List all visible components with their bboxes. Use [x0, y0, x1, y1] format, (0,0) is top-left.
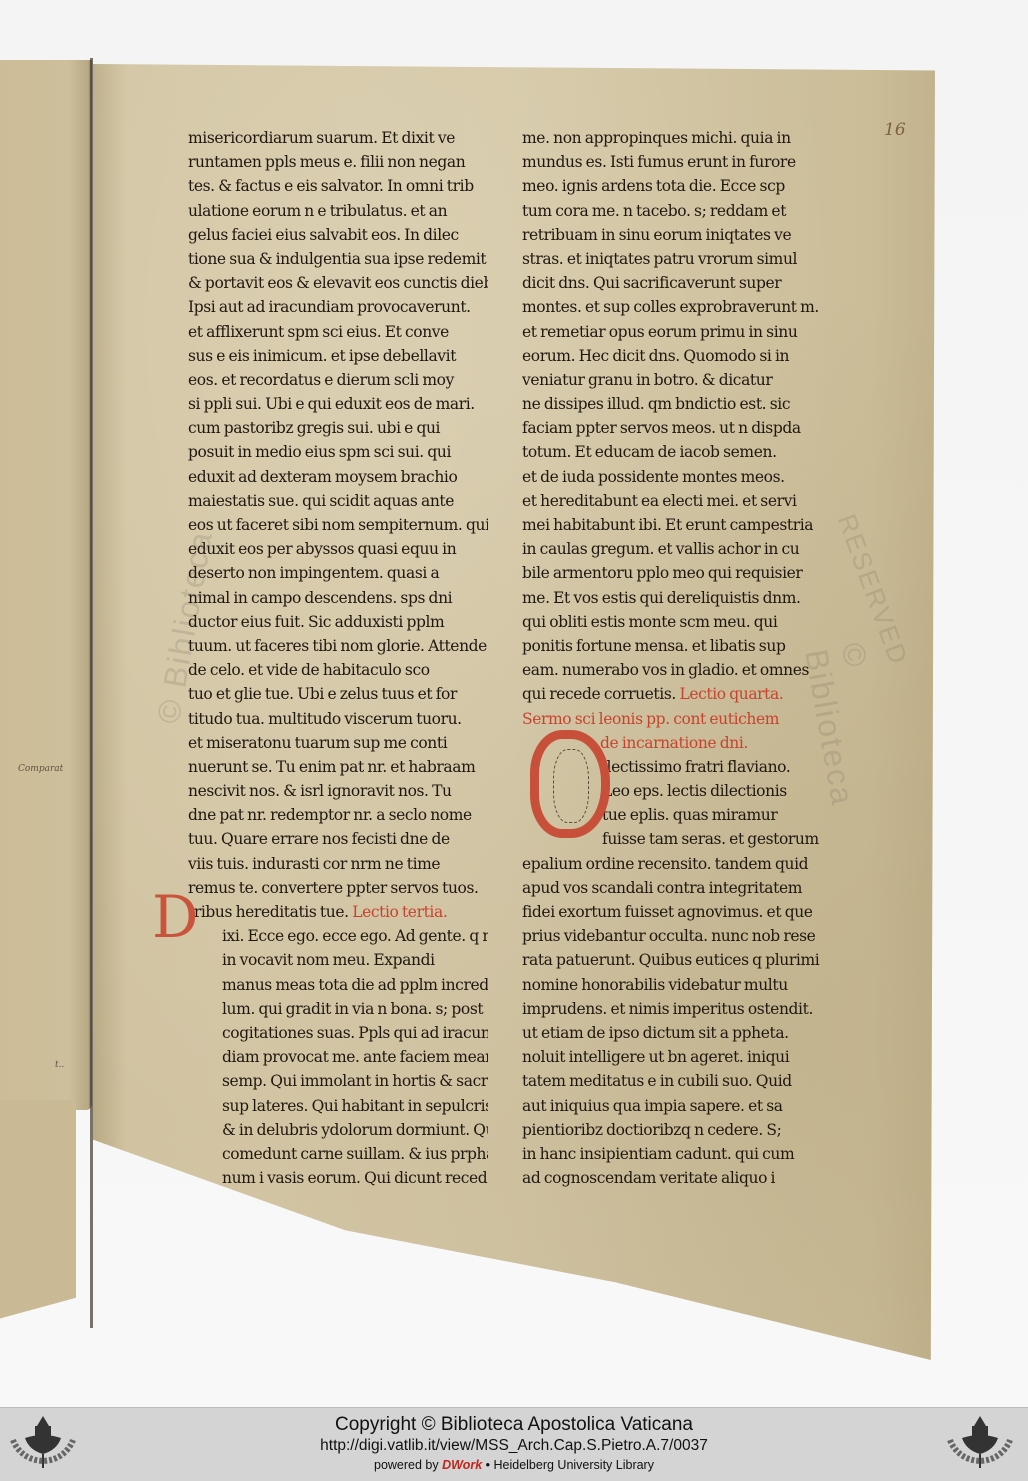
text-line: de celo. et vide de habitaculo sco: [188, 658, 488, 682]
rubric-lectio-quarta: Lectio quarta.: [679, 685, 783, 703]
text-line: qui obliti estis monte scm meu. qui: [522, 610, 822, 634]
text-line: nuerunt se. Tu enim pat nr. et habraam: [188, 755, 488, 779]
text-line: prius videbantur occulta. nunc nob rese: [522, 924, 822, 948]
powered-suffix: • Heidelberg University Library: [482, 1458, 654, 1472]
text-column-right: me. non appropinques michi. quia inmundu…: [522, 126, 822, 1190]
text-column-left: misericordiarum suarum. Et dixit verunta…: [188, 126, 488, 1190]
text-line: et afflixerunt spm sci eius. Et conve: [188, 320, 488, 344]
text-line: faciam ppter servos meos. ut n dispda: [522, 416, 822, 440]
text-line: eduxit ad dexteram moysem brachio: [188, 465, 488, 489]
decorated-initial-d: [530, 730, 610, 838]
text-line: nimal in campo descendens. sps dni: [188, 586, 488, 610]
text-line: veniatur granu in botro. & dicatur: [522, 368, 822, 392]
powered-by: powered by DWork • Heidelberg University…: [0, 1456, 1028, 1474]
text-line: bile armentoru pplo meo qui requisier: [522, 561, 822, 585]
text-line: montes. et sup colles exprobraverunt m.: [522, 295, 822, 319]
text-line: manus meas tota die ad pplm incredu: [222, 973, 488, 997]
text-line: et remetiar opus eorum primu in sinu: [522, 320, 822, 344]
text-line: titudo tua. multitudo viscerum tuoru.: [188, 707, 488, 731]
text-line: eos. et recordatus e dierum scli moy: [188, 368, 488, 392]
text-line: eam. numerabo vos in gladio. et omnes: [522, 658, 822, 682]
text-line: nomine honorabilis videbatur multu: [522, 973, 822, 997]
text-line: eos ut faceret sibi nom sempiternum. qui: [188, 513, 488, 537]
text-line: meo. ignis ardens tota die. Ecce scp: [522, 174, 822, 198]
text-line: Ipsi aut ad iracundiam provocaverunt.: [188, 295, 488, 319]
text-line: runtamen ppls meus e. filii non negan: [188, 150, 488, 174]
manuscript-scan: Comparat t.. 16 © Biblioteca © Bibliotec…: [0, 0, 1028, 1407]
text-line: noluit intelligere ut bn ageret. iniqui: [522, 1045, 822, 1069]
text-line: me. Et vos estis qui dereliquistis dnm.: [522, 586, 822, 610]
left-page-leaf-lower: [0, 1100, 76, 1330]
powered-prefix: powered by: [374, 1458, 442, 1472]
text-line: ad cognoscendam veritate aliquo i: [522, 1166, 822, 1190]
text-line: tribus hereditatis tue. Lectio tertia.: [188, 900, 488, 924]
text-line: sup lateres. Qui habitant in sepulcris.: [222, 1094, 488, 1118]
text-line: & in delubris ydolorum dormiunt. Qui: [222, 1118, 488, 1142]
text-line: in hanc insipientiam cadunt. qui cum: [522, 1142, 822, 1166]
text-line: ne dissipes illud. qm bndictio est. sic: [522, 392, 822, 416]
copyright-text: Copyright © Biblioteca Apostolica Vatica…: [0, 1414, 1028, 1436]
margin-note: t..: [55, 1060, 64, 1070]
text-line: ulatione eorum n e tribulatus. et an: [188, 199, 488, 223]
text-line: gelus faciei eius salvabit eos. In dilec: [188, 223, 488, 247]
folio-number: 16: [884, 120, 906, 140]
text-line: maiestatis sue. qui scidit aquas ante: [188, 489, 488, 513]
text-line: stras. et iniqtates patru vrorum simul: [522, 247, 822, 271]
text-line: et hereditabunt ea electi mei. et servi: [522, 489, 822, 513]
text-line: tum cora me. n tacebo. s; reddam et: [522, 199, 822, 223]
text-line: misericordiarum suarum. Et dixit ve: [188, 126, 488, 150]
book-gutter: [90, 58, 93, 1328]
text-line: si ppli sui. Ubi e qui eduxit eos de mar…: [188, 392, 488, 416]
text-line: tatem meditatus e in cubili suo. Quid: [522, 1069, 822, 1093]
text-line: imprudens. et nimis imperitus ostendit.: [522, 997, 822, 1021]
text-line: qui recede corruetis. Lectio quarta.: [522, 682, 822, 706]
source-url[interactable]: http://digi.vatlib.it/view/MSS_Arch.Cap.…: [0, 1436, 1028, 1456]
text-line: ut etiam de ipso dictum sit a ppheta.: [522, 1021, 822, 1045]
text-line: tes. & factus e eis salvator. In omni tr…: [188, 174, 488, 198]
text-line: ponitis fortune mensa. et libatis sup: [522, 634, 822, 658]
text-line: & portavit eos & elevavit eos cunctis di…: [188, 271, 488, 295]
text-line: tione sua & indulgentia sua ipse redemit…: [188, 247, 488, 271]
dwork-brand-link[interactable]: DWork: [442, 1458, 482, 1472]
text-line: me. non appropinques michi. quia in: [522, 126, 822, 150]
text-line: in caulas gregum. et vallis achor in cu: [522, 537, 822, 561]
text-line: mei habitabunt ibi. Et erunt campestria: [522, 513, 822, 537]
text-line: mundus es. Isti fumus erunt in furore: [522, 150, 822, 174]
text-line: eorum. Hec dicit dns. Quomodo si in: [522, 344, 822, 368]
text-line: diam provocat me. ante faciem meam: [222, 1045, 488, 1069]
text-line: et miseratonu tuarum sup me conti: [188, 731, 488, 755]
text-line: epalium ordine recensito. tandem quid: [522, 852, 822, 876]
left-page-leaf: [0, 60, 92, 1110]
initial-d-red: D: [152, 888, 199, 946]
text-line: aut iniquius qua impia sapere. et sa: [522, 1094, 822, 1118]
text-line: sus e eis inimicum. et ipse debellavit: [188, 344, 488, 368]
text-line: et de iuda possidente montes meos.: [522, 465, 822, 489]
text-line: tuum. ut faceres tibi nom glorie. Attend…: [188, 634, 488, 658]
text-line: eduxit eos per abyssos quasi equu in: [188, 537, 488, 561]
text-line: posuit in medio eius spm sci sui. qui: [188, 440, 488, 464]
text-line-end: tribus hereditatis tue.: [188, 903, 349, 921]
text-line: retribuam in sinu eorum iniqtates ve: [522, 223, 822, 247]
text-line: nescivit nos. & isrl ignoravit nos. Tu: [188, 779, 488, 803]
text-line: comedunt carne suillam. & ius prpha: [222, 1142, 488, 1166]
text-line: ductor eius fuit. Sic adduxisti pplm: [188, 610, 488, 634]
text-line: num i vasis eorum. Qui dicunt recede a: [222, 1166, 488, 1190]
text-line: pientioribz doctioribzq n cedere. S;: [522, 1118, 822, 1142]
text-line: cum pastoribz gregis sui. ubi e qui: [188, 416, 488, 440]
vatican-library-logo-icon: [3, 1410, 83, 1480]
text-line: in vocavit nom meu. Expandi: [222, 948, 488, 972]
margin-note: Comparat: [18, 764, 63, 774]
text-line: tuo et glie tue. Ubi e zelus tuus et for: [188, 682, 488, 706]
text-line: semp. Qui immolant in hortis & sacrifica…: [222, 1069, 488, 1093]
vatican-library-logo-icon: [940, 1410, 1020, 1480]
text-line: deserto non impingentem. quasi a: [188, 561, 488, 585]
text-line: rata patuerunt. Quibus eutices q plurimi: [522, 948, 822, 972]
copyright-footer: Copyright © Biblioteca Apostolica Vatica…: [0, 1407, 1028, 1481]
text-line: remus te. convertere ppter servos tuos.: [188, 876, 488, 900]
text-line: lum. qui gradit in via n bona. s; post: [222, 997, 488, 1021]
rubric-lectio-tertia: Lectio tertia.: [352, 903, 447, 921]
text-line: tuu. Quare errare nos fecisti dne de: [188, 827, 488, 851]
text-line: cogitationes suas. Ppls qui ad iracun: [222, 1021, 488, 1045]
text-line: totum. Et educam de iacob semen.: [522, 440, 822, 464]
text-line: apud vos scandali contra integritatem: [522, 876, 822, 900]
text-line: dne pat nr. redemptor nr. a seclo nome: [188, 803, 488, 827]
rubric-sermo-leonis: Sermo sci leonis pp. cont eutichem: [522, 707, 822, 731]
text-line: viis tuis. indurasti cor nrm ne time: [188, 852, 488, 876]
text-line: ixi. Ecce ego. ecce ego. Ad gente. q no: [222, 924, 488, 948]
text-line: dicit dns. Qui sacrificaverunt super: [522, 271, 822, 295]
text-line-end: qui recede corruetis.: [522, 685, 676, 703]
text-line: fidei exortum fuisset agnovimus. et que: [522, 900, 822, 924]
